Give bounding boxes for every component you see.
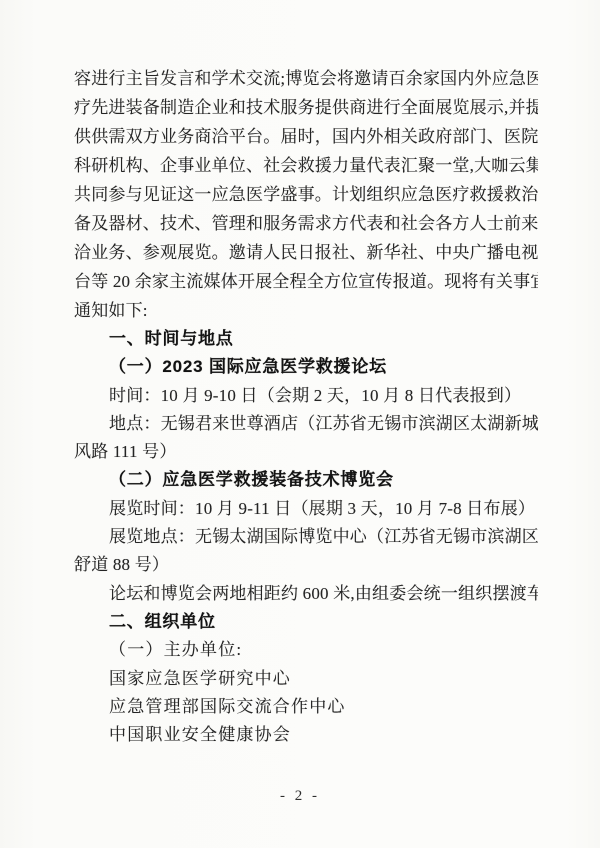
intro-paragraph-line: 共同参与见证这一应急医学盛事。计划组织应急医疗救援救治装 [74,180,538,209]
forum-time-line: 时间：10 月 9-10 日（会期 2 天，10 月 8 日代表报到） [74,382,538,410]
section-heading-organizers: 二、组织单位 [74,608,538,636]
intro-paragraph-line: 疗先进装备制造企业和技术服务提供商进行全面展览展示,并提 [74,93,538,122]
intro-paragraph-line: 备及器材、技术、管理和服务需求方代表和社会各方人士前来商 [74,209,538,238]
forum-venue-line: 地点：无锡君来世尊酒店（江苏省无锡市滨湖区太湖新城和 [74,410,538,438]
subheading-expo: （二）应急医学救援装备技术博览会 [74,466,538,494]
organizer-item: 国家应急医学研究中心 [74,665,538,693]
organizer-item: 中国职业安全健康协会 [74,721,538,749]
expo-venue-line: 舒道 88 号） [74,551,538,579]
intro-paragraph-line: 供供需双方业务商洽平台。届时，国内外相关政府部门、医院、 [74,122,538,151]
section-heading-time-place: 一、时间与地点 [74,325,538,353]
organizer-item: 应急管理部国际交流合作中心 [74,693,538,721]
expo-time-line: 展览时间：10 月 9-11 日（展期 3 天，10 月 7-8 日布展） [74,495,538,523]
scanned-document-page: 容进行主旨发言和学术交流;博览会将邀请百余家国内外应急医 疗先进装备制造企业和技… [0,0,600,848]
intro-paragraph-line: 洽业务、参观展览。邀请人民日报社、新华社、中央广播电视总 [74,238,538,267]
forum-venue-line: 风路 111 号） [74,438,538,466]
document-body: 容进行主旨发言和学术交流;博览会将邀请百余家国内外应急医 疗先进装备制造企业和技… [74,64,538,749]
intro-paragraph-line: 容进行主旨发言和学术交流;博览会将邀请百余家国内外应急医 [74,64,538,93]
intro-paragraph-line: 通知如下: [74,296,538,325]
expo-venue-line: 展览地点：无锡太湖国际博览中心（江苏省无锡市滨湖区清 [74,523,538,551]
shuttle-note: 论坛和博览会两地相距约 600 米,由组委会统一组织摆渡车。 [74,580,538,608]
subheading-forum: （一）2023 国际应急医学救援论坛 [74,353,538,381]
intro-paragraph-line: 科研机构、企事业单位、社会救援力量代表汇聚一堂,大咖云集, [74,151,538,180]
hosts-label: （一）主办单位: [74,636,538,664]
page-number: - 2 - [0,788,600,805]
intro-paragraph-line: 台等 20 余家主流媒体开展全程全方位宣传报道。现将有关事宜 [74,267,538,296]
